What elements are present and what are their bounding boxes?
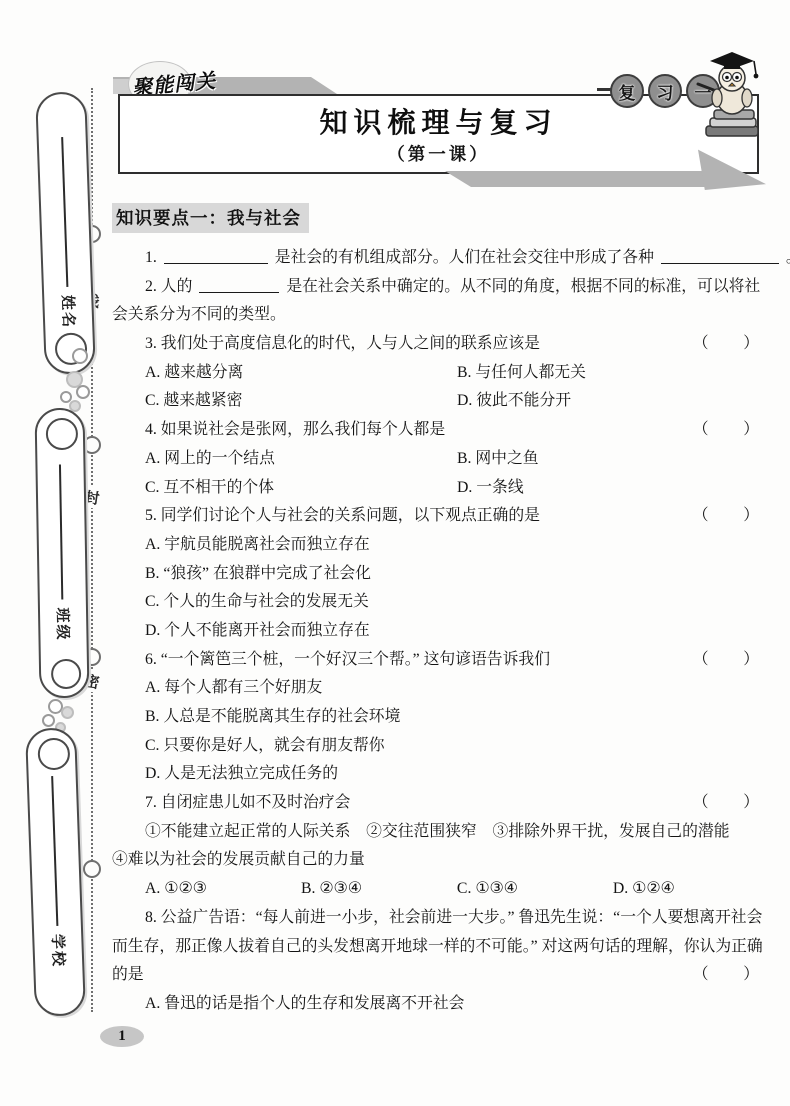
badge-char: 习 [648,74,682,108]
name-label: 姓名 [57,295,79,330]
question-1: 1. 是社会的有机组成部分。人们在社会交往中形成了各种 。 [112,244,762,273]
question-5-option-a: A. 宇航员能脱离社会而独立存在 [112,531,762,560]
school-field-capsule: 学校 [25,727,86,1017]
answer-bracket: （ ） [693,416,760,445]
question-3-options-cd: C. 越来越紧密 D. 彼此不能分开 [112,387,762,416]
badge-connector-line [597,88,611,91]
school-label: 学校 [47,934,69,969]
answer-bracket: （ ） [693,330,760,359]
question-2-text: 是在社会关系中确定的。从不同的角度，根据不同的标准，可以将社 [286,278,760,295]
question-4-option-b: B. 网中之鱼 [457,450,539,467]
question-1-text: 是社会的有机组成部分。人们在社会交往中形成了各种 [275,249,654,266]
question-1-blank-2 [661,248,779,264]
question-5-option-d: D. 个人不能离开社会而独立存在 [112,617,762,646]
question-3-stem: 3. 我们处于高度信息化的时代，人与人之间的联系应该是 （ ） [112,330,762,359]
question-7-option-d: D. ①②④ [613,880,675,897]
question-7-stem: 7. 自闭症患儿如不及时治疗会 （ ） [112,789,762,818]
class-label: 班级 [52,607,74,641]
question-6-option-b: B. 人总是不能脱离其生存的社会环境 [112,703,762,732]
class-fill-line [59,464,63,599]
question-8-option-a: A. 鲁迅的话是指个人的生存和发展离不开社会 [112,990,762,1019]
question-3-option-c: C. 越来越紧密 [145,387,453,416]
name-field-capsule: 姓名 [35,91,96,375]
question-1-blank-1 [164,248,268,264]
page-subtitle: （第一课） [120,141,757,166]
question-8-line-2: 而生存，那正像人拔着自己的头发想离开地球一样的不可能。” 对这两句话的理解，你认… [112,933,762,962]
capsule-hole [51,659,82,690]
question-4-options-ab: A. 网上的一个结点 B. 网中之鱼 [112,445,762,474]
question-5-stem: 5. 同学们讨论个人与社会的关系问题，以下观点正确的是 （ ） [112,502,762,531]
question-7-option-a: A. ①②③ [145,875,297,904]
question-3-option-b: B. 与任何人都无关 [457,364,586,381]
question-7-subitems-line-2: ④难以为社会的发展贡献自己的力量 [112,846,762,875]
question-2-blank [199,277,279,293]
page-number-badge: 1 [100,1026,144,1047]
question-7-subitems-line-1: ①不能建立起正常的人际关系 ②交往范围狭窄 ③排除外界干扰，发展自己的潜能 [112,818,762,847]
answer-bracket: （ ） [693,502,760,531]
binding-hole [83,436,101,454]
question-6-option-d: D. 人是无法独立完成任务的 [112,760,762,789]
question-7-option-c: C. ①③④ [457,875,609,904]
question-2-lead: 2. 人的 [145,278,192,295]
answer-bracket: （ ） [693,789,760,818]
question-7-stem-text: 7. 自闭症患儿如不及时治疗会 [145,794,350,811]
worksheet-page: 线 封 密 姓名 班级 学校 [0,0,790,1106]
question-4-option-a: A. 网上的一个结点 [145,445,453,474]
question-8-line-1: 8. 公益广告语：“每人前进一小步，社会前进一大步。” 鲁迅先生说：“一个人要想… [112,904,762,933]
question-list: 1. 是社会的有机组成部分。人们在社会交往中形成了各种 。 2. 人的 是在社会… [112,244,762,1019]
answer-bracket: （ ） [693,961,760,990]
question-2-line-1: 2. 人的 是在社会关系中确定的。从不同的角度，根据不同的标准，可以将社 [112,273,762,302]
question-3-stem-text: 3. 我们处于高度信息化的时代，人与人之间的联系应该是 [145,335,540,352]
question-6-stem: 6. “一个篱笆三个桩，一个好汉三个帮。” 这句谚语告诉我们 （ ） [112,646,762,675]
question-5-stem-text: 5. 同学们讨论个人与社会的关系问题，以下观点正确的是 [145,507,540,524]
question-4-stem-text: 4. 如果说社会是张网，那么我们每个人都是 [145,421,445,438]
question-3-option-a: A. 越来越分离 [145,359,453,388]
mascot-graduate-icon [690,48,762,144]
binding-hole [83,860,101,878]
question-4-option-c: C. 互不相干的个体 [145,474,453,503]
answer-bracket: （ ） [693,646,760,675]
badge-char: 复 [610,74,644,108]
question-8-line-3: 的是 （ ） [112,961,762,990]
question-6-option-a: A. 每个人都有三个好朋友 [112,674,762,703]
class-field-capsule: 班级 [34,408,89,699]
name-fill-line [61,137,68,287]
question-7-option-b: B. ②③④ [301,875,453,904]
capsule-hole [46,418,79,451]
question-1-number: 1. [145,249,157,266]
question-4-stem: 4. 如果说社会是张网，那么我们每个人都是 （ ） [112,416,762,445]
question-1-period: 。 [786,249,790,266]
capsule-hole [37,737,70,770]
section-heading: 知识要点一：我与社会 [112,203,309,233]
school-fill-line [51,776,58,926]
question-6-stem-text: 6. “一个篱笆三个桩，一个好汉三个帮。” 这句谚语告诉我们 [145,651,550,668]
question-3-options-ab: A. 越来越分离 B. 与任何人都无关 [112,359,762,388]
question-6-option-c: C. 只要你是好人，就会有朋友帮你 [112,732,762,761]
question-5-option-c: C. 个人的生命与社会的发展无关 [112,588,762,617]
question-3-option-d: D. 彼此不能分开 [457,392,571,409]
decor-arrow-band [445,171,707,187]
question-8-line-3-text: 的是 [112,966,144,983]
question-2-line-2: 会关系分为不同的类型。 [112,301,762,330]
question-4-option-d: D. 一条线 [457,479,524,496]
question-5-option-b: B. “狼孩” 在狼群中完成了社会化 [112,560,762,589]
question-4-options-cd: C. 互不相干的个体 D. 一条线 [112,474,762,503]
question-7-options: A. ①②③ B. ②③④ C. ①③④ D. ①②④ [112,875,762,904]
